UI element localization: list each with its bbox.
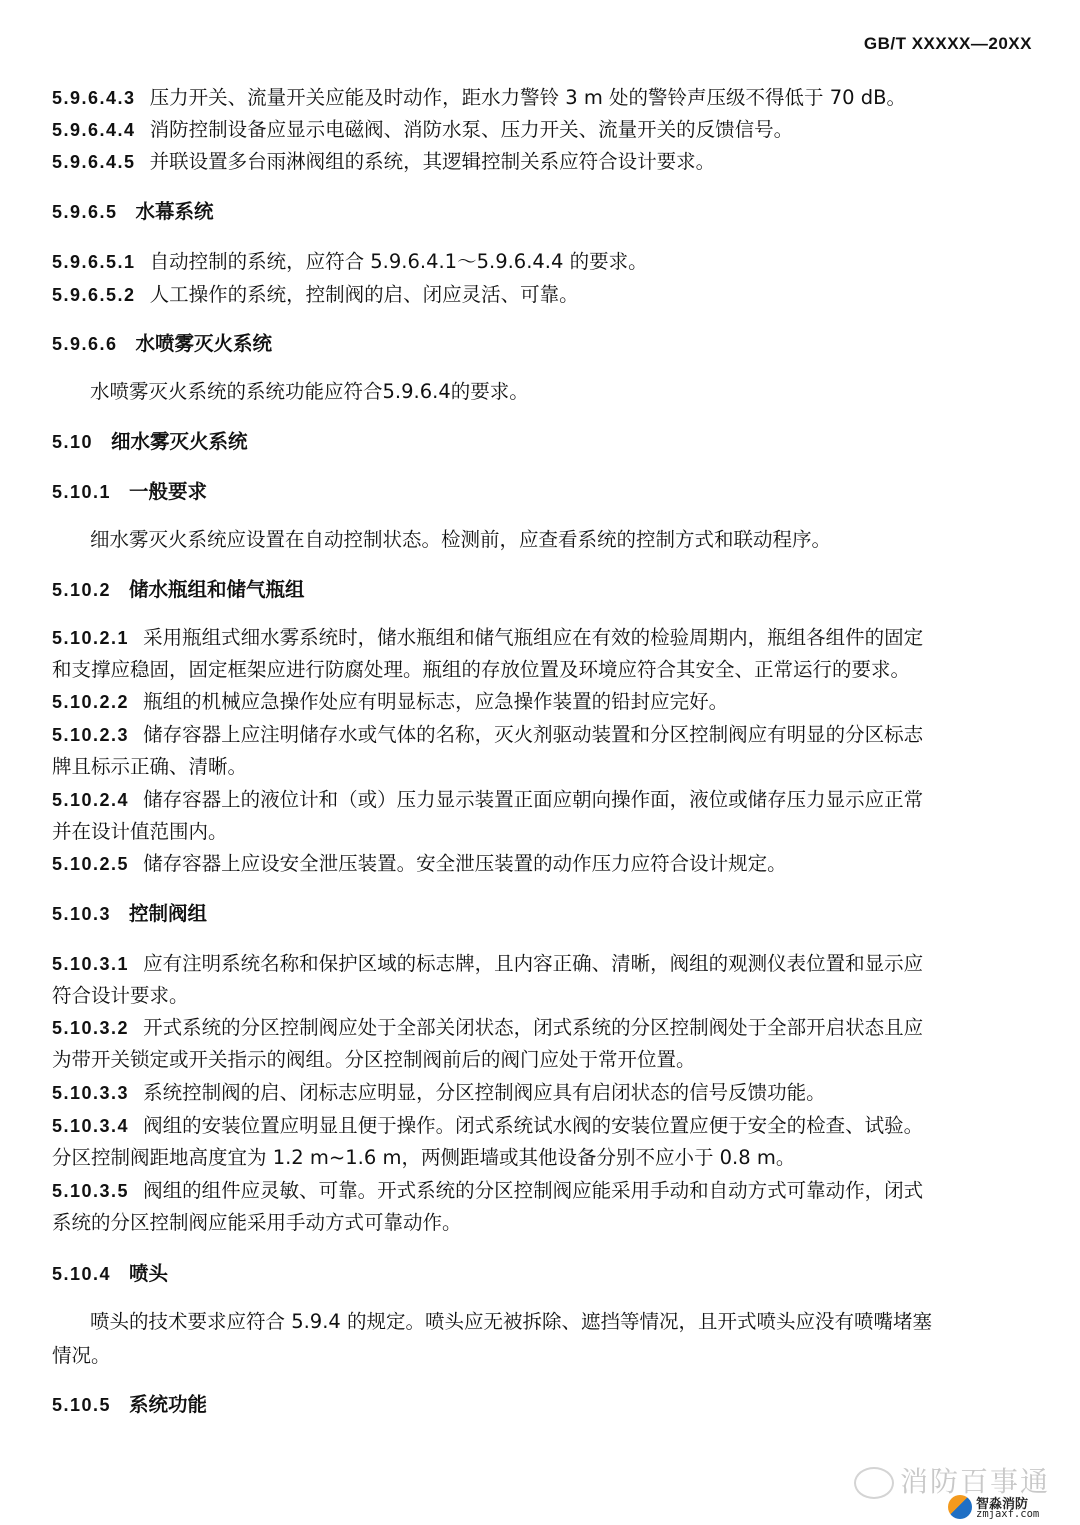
standard-code: GB/T XXXXX—20XX xyxy=(864,34,1032,54)
section-number: 5.9.6.6 xyxy=(52,332,118,356)
section-heading: 5.9.6.5水幕系统 xyxy=(52,200,1037,224)
clause-text: 应有注明系统名称和保护区域的标志牌，且内容正确、清晰，阀组的观测仪表位置和显示应 xyxy=(143,952,923,975)
wechat-icon xyxy=(854,1467,894,1499)
clause-text: 采用瓶组式细水雾系统时，储水瓶组和储气瓶组应在有效的检验周期内，瓶组各组件的固定 xyxy=(143,626,923,649)
paragraph-continuation: 情况。 xyxy=(52,1344,1037,1368)
clause-line: 5.10.3.3系统控制阀的启、闭标志应明显，分区控制阀应具有启闭状态的信号反馈… xyxy=(52,1081,1037,1105)
section-heading: 5.10.5系统功能 xyxy=(52,1393,1037,1417)
clause-text: 开式系统的分区控制阀应处于全部关闭状态，闭式系统的分区控制阀处于全部开启状态且应 xyxy=(143,1016,923,1039)
section-number: 5.10.3 xyxy=(52,902,111,926)
section-number: 5.10.2 xyxy=(52,578,111,602)
section-title: 控制阀组 xyxy=(129,902,207,925)
clause-text: 系统控制阀的启、闭标志应明显，分区控制阀应具有启闭状态的信号反馈功能。 xyxy=(143,1081,826,1104)
clause-line: 5.10.2.1采用瓶组式细水雾系统时，储水瓶组和储气瓶组应在有效的检验周期内，… xyxy=(52,626,1037,650)
clause-line: 5.10.2.4储存容器上的液位计和（或）压力显示装置正面应朝向操作面，液位或储… xyxy=(52,788,1037,812)
clause-continuation: 符合设计要求。 xyxy=(52,984,1037,1008)
logo-icon xyxy=(948,1495,972,1519)
section-heading: 5.10.3控制阀组 xyxy=(52,902,1037,926)
clause-number: 5.9.6.5.2 xyxy=(52,283,136,307)
clause-continuation: 系统的分区控制阀应能采用手动方式可靠动作。 xyxy=(52,1211,1037,1235)
clause-continuation: 并在设计值范围内。 xyxy=(52,820,1037,844)
clause-text: 储存容器上应注明储存水或气体的名称，灭火剂驱动装置和分区控制阀应有明显的分区标志 xyxy=(143,723,923,746)
paragraph: 喷头的技术要求应符合 5.9.4 的规定。喷头应无被拆除、遮挡等情况，且开式喷头… xyxy=(90,1310,1075,1334)
section-title: 系统功能 xyxy=(129,1393,207,1416)
clause-number: 5.9.6.4.5 xyxy=(52,150,136,174)
clause-text: 消防控制设备应显示电磁阀、消防水泵、压力开关、流量开关的反馈信号。 xyxy=(150,118,794,141)
section-number: 5.10 xyxy=(52,430,93,454)
clause-number: 5.10.2.4 xyxy=(52,788,129,812)
section-heading: 5.9.6.6水喷雾灭火系统 xyxy=(52,332,1037,356)
clause-number: 5.9.6.4.4 xyxy=(52,118,136,142)
clause-continuation: 和支撑应稳固，固定框架应进行防腐处理。瓶组的存放位置及环境应符合其安全、正常运行… xyxy=(52,658,1037,682)
clause-line: 5.9.6.5.2人工操作的系统，控制阀的启、闭应灵活、可靠。 xyxy=(52,283,1037,307)
clause-number: 5.10.3.4 xyxy=(52,1114,129,1138)
paragraph: 细水雾灭火系统应设置在自动控制状态。检测前，应查看系统的控制方式和联动程序。 xyxy=(90,528,1075,552)
section-number: 5.10.4 xyxy=(52,1262,111,1286)
clause-number: 5.10.3.3 xyxy=(52,1081,129,1105)
clause-line: 5.10.3.4阀组的安装位置应明显且便于操作。闭式系统试水阀的安装位置应便于安… xyxy=(52,1114,1037,1138)
clause-line: 5.9.6.4.5并联设置多台雨淋阀组的系统，其逻辑控制关系应符合设计要求。 xyxy=(52,150,1037,174)
section-heading: 5.10.4喷头 xyxy=(52,1262,1037,1286)
section-title: 水幕系统 xyxy=(136,200,214,223)
clause-number: 5.10.2.1 xyxy=(52,626,129,650)
clause-number: 5.10.3.1 xyxy=(52,952,129,976)
section-number: 5.10.5 xyxy=(52,1393,111,1417)
clause-line: 5.9.6.5.1自动控制的系统，应符合 5.9.6.4.1～5.9.6.4.4… xyxy=(52,250,1037,274)
clause-number: 5.9.6.5.1 xyxy=(52,250,136,274)
clause-number: 5.10.3.5 xyxy=(52,1179,129,1203)
section-title: 喷头 xyxy=(129,1262,168,1285)
clause-number: 5.10.2.3 xyxy=(52,723,129,747)
clause-line: 5.10.3.2开式系统的分区控制阀应处于全部关闭状态，闭式系统的分区控制阀处于… xyxy=(52,1016,1037,1040)
clause-line: 5.10.2.3储存容器上应注明储存水或气体的名称，灭火剂驱动装置和分区控制阀应… xyxy=(52,723,1037,747)
clause-continuation: 分区控制阀距地高度宜为 1.2 m~1.6 m，两侧距墙或其他设备分别不应小于 … xyxy=(52,1146,1037,1170)
logo-site: zmjaxf.com xyxy=(976,1508,1039,1520)
section-heading: 5.10.2储水瓶组和储气瓶组 xyxy=(52,578,1037,602)
clause-number: 5.10.2.2 xyxy=(52,690,129,714)
clause-text: 阀组的组件应灵敏、可靠。开式系统的分区控制阀应能采用手动和自动方式可靠动作，闭式 xyxy=(143,1179,923,1202)
section-title: 水喷雾灭火系统 xyxy=(136,332,273,355)
clause-text: 自动控制的系统，应符合 5.9.6.4.1～5.9.6.4.4 的要求。 xyxy=(150,250,648,273)
clause-line: 5.10.2.2瓶组的机械应急操作处应有明显标志，应急操作装置的铅封应完好。 xyxy=(52,690,1037,714)
clause-line: 5.10.3.1应有注明系统名称和保护区域的标志牌，且内容正确、清晰，阀组的观测… xyxy=(52,952,1037,976)
clause-text: 压力开关、流量开关应能及时动作，距水力警铃 3 m 处的警铃声压级不得低于 70… xyxy=(150,86,906,109)
section-title: 细水雾灭火系统 xyxy=(111,430,248,453)
clause-number: 5.10.3.2 xyxy=(52,1016,129,1040)
clause-text: 阀组的安装位置应明显且便于操作。闭式系统试水阀的安装位置应便于安全的检查、试验。 xyxy=(143,1114,923,1137)
clause-line: 5.10.2.5储存容器上应设安全泄压装置。安全泄压装置的动作压力应符合设计规定… xyxy=(52,852,1037,876)
clause-text: 人工操作的系统，控制阀的启、闭应灵活、可靠。 xyxy=(150,283,579,306)
clause-text: 储存容器上应设安全泄压装置。安全泄压装置的动作压力应符合设计规定。 xyxy=(143,852,787,875)
clause-line: 5.9.6.4.4消防控制设备应显示电磁阀、消防水泵、压力开关、流量开关的反馈信… xyxy=(52,118,1037,142)
section-number: 5.10.1 xyxy=(52,480,111,504)
section-number: 5.9.6.5 xyxy=(52,200,118,224)
clause-line: 5.9.6.4.3压力开关、流量开关应能及时动作，距水力警铃 3 m 处的警铃声… xyxy=(52,86,1037,110)
section-heading: 5.10细水雾灭火系统 xyxy=(52,430,1037,454)
clause-number: 5.9.6.4.3 xyxy=(52,86,136,110)
clause-number: 5.10.2.5 xyxy=(52,852,129,876)
clause-text: 瓶组的机械应急操作处应有明显标志，应急操作装置的铅封应完好。 xyxy=(143,690,728,713)
clause-text: 储存容器上的液位计和（或）压力显示装置正面应朝向操作面，液位或储存压力显示应正常 xyxy=(143,788,923,811)
clause-text: 并联设置多台雨淋阀组的系统，其逻辑控制关系应符合设计要求。 xyxy=(150,150,716,173)
site-logo: 智淼消防 zmjaxf.com xyxy=(948,1493,1058,1523)
paragraph: 水喷雾灭火系统的系统功能应符合5.9.6.4的要求。 xyxy=(90,380,1075,404)
clause-line: 5.10.3.5阀组的组件应灵敏、可靠。开式系统的分区控制阀应能采用手动和自动方… xyxy=(52,1179,1037,1203)
section-heading: 5.10.1一般要求 xyxy=(52,480,1037,504)
clause-continuation: 牌且标示正确、清晰。 xyxy=(52,755,1037,779)
clause-continuation: 为带开关锁定或开关指示的阀组。分区控制阀前后的阀门应处于常开位置。 xyxy=(52,1048,1037,1072)
section-title: 一般要求 xyxy=(129,480,207,503)
section-title: 储水瓶组和储气瓶组 xyxy=(129,578,305,601)
